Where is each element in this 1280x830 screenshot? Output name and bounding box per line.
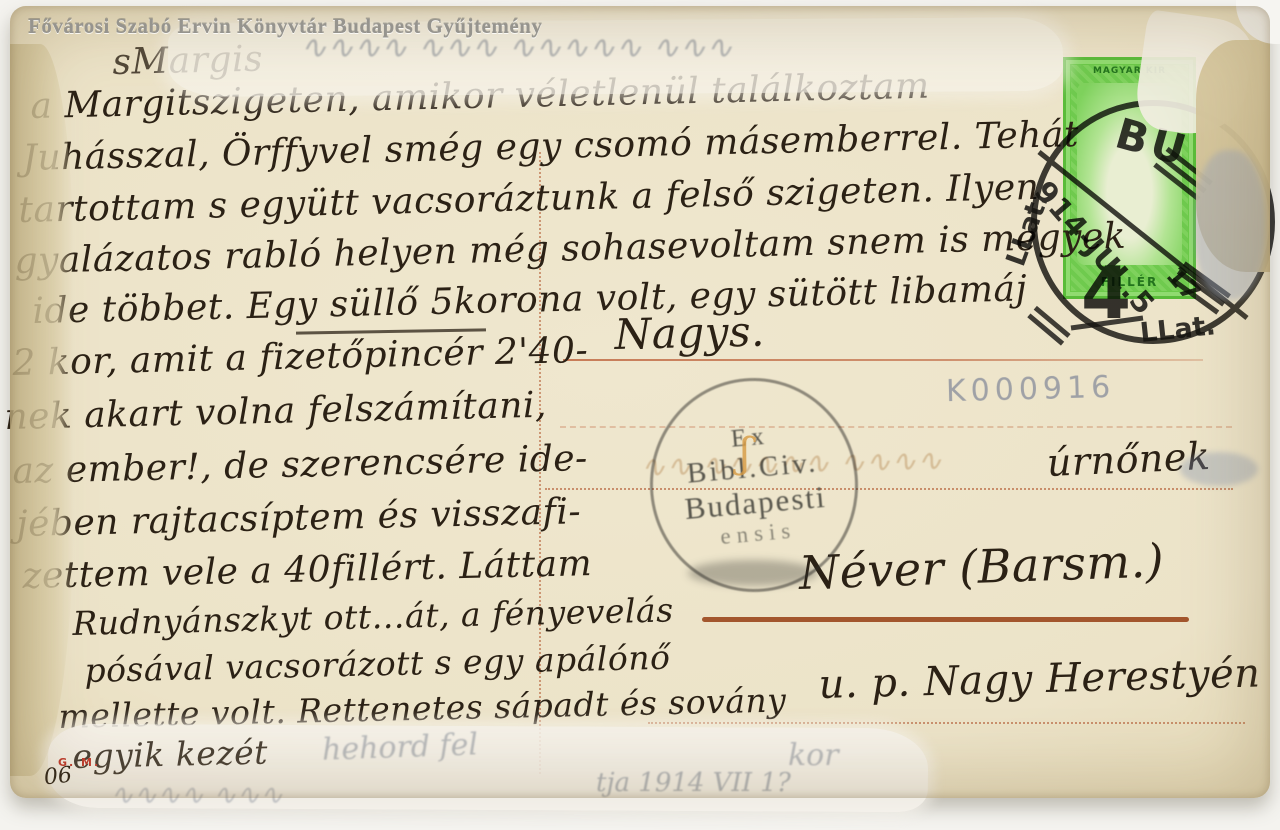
address-rule-2 <box>560 426 1232 428</box>
tear-blue-residue <box>1194 150 1266 300</box>
library-stamp-smudge <box>688 560 818 586</box>
ghost-pencil-bottom-3: tja 1914 VII 1? <box>596 768 791 798</box>
ink-number-mark: 06 <box>43 763 73 791</box>
tape-residue-strip <box>10 44 74 776</box>
blue-ink-smudge <box>1180 452 1258 486</box>
library-stamp-line-4: ensis <box>719 517 797 550</box>
ghost-pencil-bottom-4: ∿∿∿∿ ∿∿∿ <box>110 778 283 811</box>
ghost-pencil-bottom-2: kor <box>788 738 839 773</box>
address-rule-bottom <box>648 722 1245 724</box>
message-line-14: egyik kezét <box>72 733 268 776</box>
address-rule-thick <box>702 617 1189 622</box>
inventory-number-pencil: K000916 <box>946 370 1116 409</box>
honorific-nagys: Nagys. <box>614 307 765 359</box>
ghost-pencil-bottom-1: hehord fel <box>321 727 478 767</box>
postmark-left-code-text: LLat. <box>1005 189 1056 271</box>
collection-watermark: Fővárosi Szabó Ervin Könyvtár Budapest G… <box>28 14 542 39</box>
address-rule-3 <box>545 488 1233 490</box>
postmark-bottom-code-text: LLat. <box>1138 310 1217 349</box>
